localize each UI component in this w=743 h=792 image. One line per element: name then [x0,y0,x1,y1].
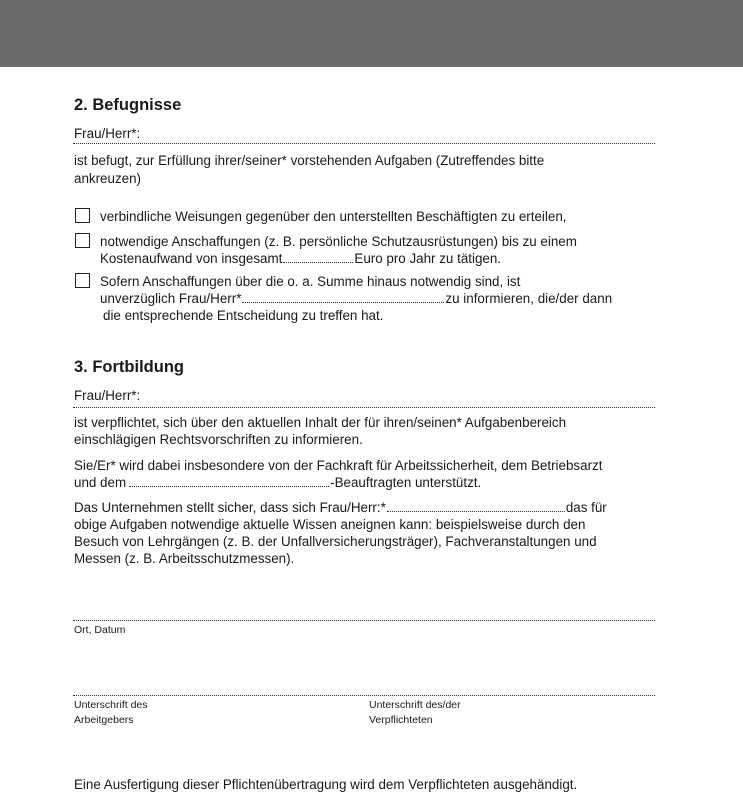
option-sofern-before: unverzüglich Frau/Herr* [100,291,241,306]
footer-note: Eine Ausfertigung dieser Pflichtenübertr… [74,776,577,792]
section-3-p3-line3: Besuch von Lehrgängen (z. B. der Unfallv… [74,533,597,550]
section-3-name-label: Frau/Herr*: [74,387,140,404]
section-3-p2-before: und dem [74,475,126,490]
option-sofern-after: zu informieren, die/der dann [445,291,612,306]
section-3-p3-after: das für [566,500,607,515]
checkbox-anschaffungen[interactable] [75,233,90,248]
section-3-name-field[interactable] [73,407,655,408]
section-3-p1-line2: einschlägigen Rechtsvorschriften zu info… [74,431,363,448]
section-3-p3-line2: obige Aufgaben notwendige aktuelle Wisse… [74,516,585,533]
section-3-p3-line4: Messen (z. B. Arbeitsschutzmessen). [74,550,294,567]
responsible-person-field[interactable] [242,291,444,303]
option-anschaffungen-before: Kostenaufwand von insgesamt [100,251,282,266]
beauftragter-field[interactable] [129,475,329,487]
section-3-title: 3. Fortbildung [74,358,184,377]
section-2-intro-line2: ankreuzen) [74,170,141,187]
signature-field[interactable] [73,695,655,696]
employer-signature-label-2: Arbeitgebers [74,713,134,728]
section-2-name-field[interactable] [73,143,655,144]
option-anschaffungen-line1: notwendige Anschaffungen (z. B. persönli… [100,233,577,250]
section-3-p3-line1: Das Unternehmen stellt sicher, dass sich… [74,499,607,516]
place-date-label: Ort, Datum [74,623,125,638]
section-2-title: 2. Befugnisse [74,96,181,115]
option-sofern-line3: die entsprechende Entscheidung zu treffe… [103,307,383,324]
employer-signature-label-1: Unterschrift des [74,698,148,713]
section-3-p1-line1: ist verpflichtet, sich über den aktuelle… [74,414,566,431]
option-weisungen-text: verbindliche Weisungen gegenüber den unt… [100,208,567,225]
checkbox-weisungen[interactable] [75,208,90,223]
obligated-signature-label-1: Unterschrift des/der [369,698,461,713]
amount-field[interactable] [283,251,353,263]
obligated-signature-label-2: Verpflichteten [369,713,433,728]
section-3-p2-line1: Sie/Er* wird dabei insbesondere von der … [74,457,602,474]
header-bar [0,0,743,67]
section-3-p3-before: Das Unternehmen stellt sicher, dass sich… [74,500,386,515]
option-anschaffungen-line2: Kostenaufwand von insgesamtEuro pro Jahr… [100,250,501,267]
option-anschaffungen-after: Euro pro Jahr zu tätigen. [354,251,501,266]
option-sofern-line2: unverzüglich Frau/Herr*zu informieren, d… [100,290,612,307]
section-3-p2-line2: und dem-Beauftragten unterstützt. [74,474,481,491]
place-date-field[interactable] [73,620,655,621]
person-field[interactable] [387,500,565,512]
section-2-name-label: Frau/Herr*: [74,125,140,142]
section-2-intro-line1: ist befugt, zur Erfüllung ihrer/seiner* … [74,152,544,169]
section-3-p2-after: -Beauftragten unterstützt. [330,475,481,490]
checkbox-sofern[interactable] [75,273,90,288]
option-sofern-line1: Sofern Anschaffungen über die o. a. Summ… [100,273,520,290]
